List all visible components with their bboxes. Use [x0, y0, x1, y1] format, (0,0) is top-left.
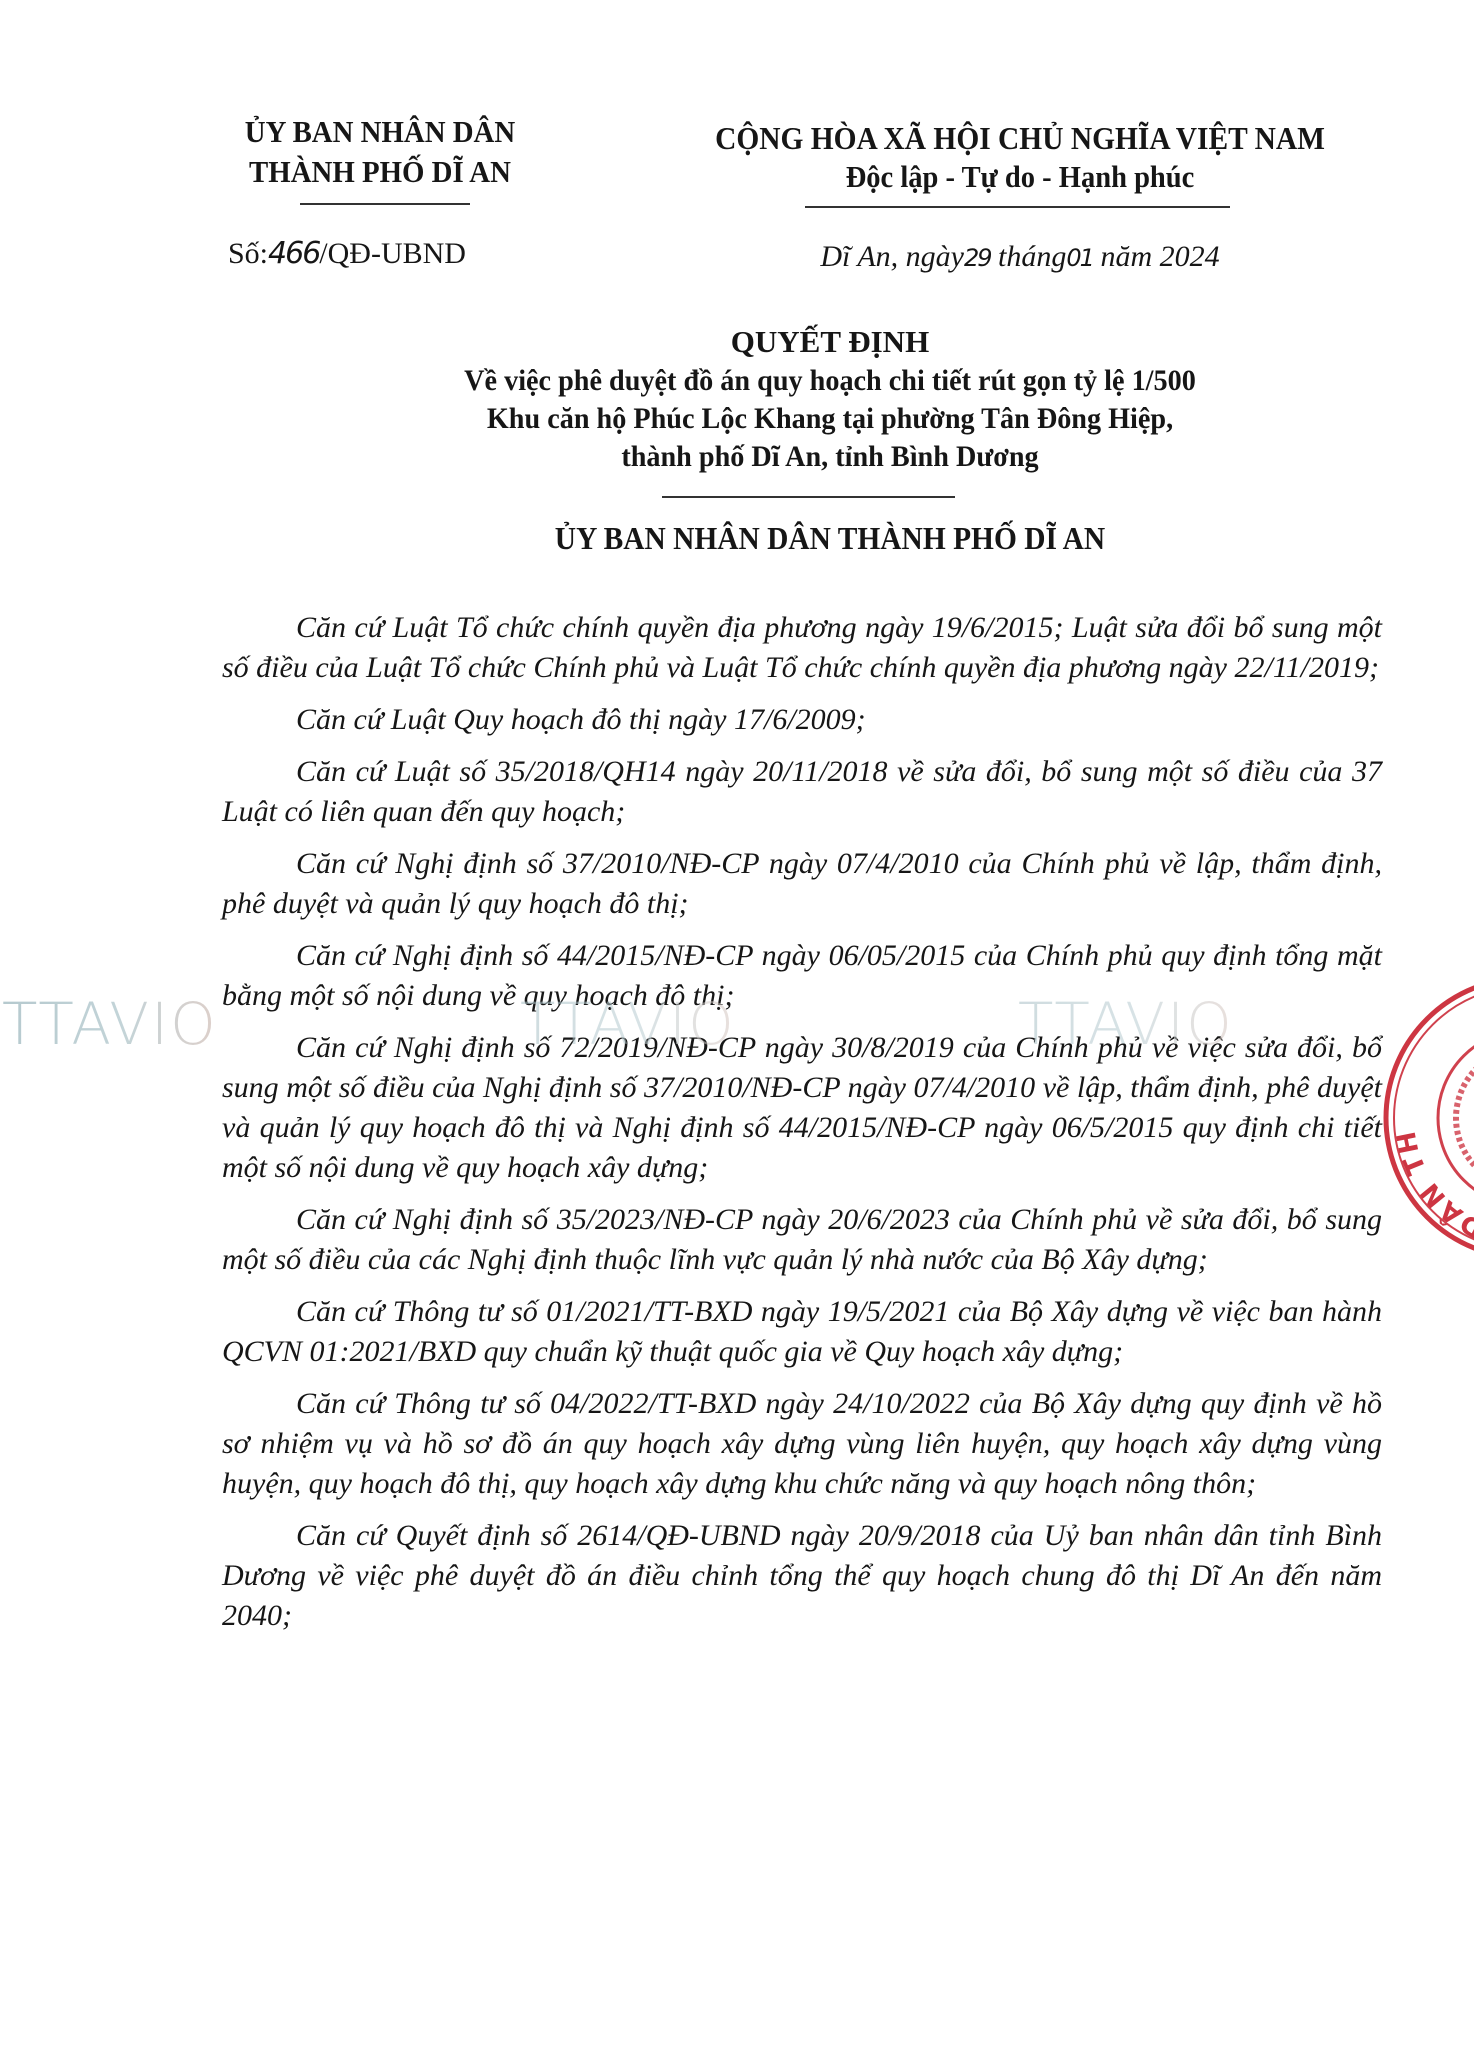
- title-divider: [662, 496, 955, 498]
- issuing-authority: ỦY BAN NHÂN DÂN THÀNH PHỐ DĨ AN: [398, 520, 1263, 557]
- date-month: 01: [1066, 244, 1093, 272]
- watermark-logo: TTAVIO: [1018, 990, 1234, 1058]
- legal-basis-paragraph: Căn cứ Quyết định số 2614/QĐ-UBND ngày 2…: [222, 1516, 1382, 1636]
- date-prefix: Dĩ An, ngày: [820, 240, 964, 273]
- motto-divider: [805, 206, 1230, 208]
- nation-title: CỘNG HÒA XÃ HỘI CHỦ NGHĨA VIỆT NAM: [670, 118, 1369, 158]
- number-suffix: /QĐ-UBND: [319, 237, 466, 270]
- official-seal-icon: ỦY BAN NHÂN DÂN THÀNH PHỐ: [1376, 968, 1474, 1268]
- agency-divider: [300, 203, 470, 205]
- decision-subject-line-1: Về việc phê duyệt đồ án quy hoạch chi ti…: [388, 362, 1272, 400]
- legal-basis-paragraph: Căn cứ Nghị định số 37/2010/NĐ-CP ngày 0…: [222, 844, 1382, 924]
- date-year: năm 2024: [1100, 240, 1219, 273]
- legal-basis-paragraph: Căn cứ Thông tư số 01/2021/TT-BXD ngày 1…: [222, 1292, 1382, 1372]
- legal-basis-paragraph: Căn cứ Luật Tổ chức chính quyền địa phươ…: [222, 608, 1382, 688]
- national-motto: Độc lập - Tự do - Hạnh phúc: [670, 158, 1369, 196]
- agency-header: ỦY BAN NHÂN DÂN THÀNH PHỐ DĨ AN: [213, 112, 548, 192]
- document-number: Số:466/QĐ-UBND: [228, 236, 466, 271]
- number-prefix: Số:: [228, 237, 268, 270]
- watermark-logo: TTAVIO: [2, 990, 218, 1058]
- legal-basis-paragraph: Căn cứ Thông tư số 04/2022/TT-BXD ngày 2…: [222, 1384, 1382, 1504]
- decision-subject-line-3: thành phố Dĩ An, tỉnh Bình Dương: [388, 438, 1272, 476]
- issue-date: Dĩ An, ngày29 tháng01 năm 2024: [640, 240, 1400, 274]
- date-day: 29: [964, 244, 991, 272]
- agency-line-2: THÀNH PHỐ DĨ AN: [213, 152, 548, 192]
- legal-basis-paragraph: Căn cứ Luật Quy hoạch đô thị ngày 17/6/2…: [222, 700, 1382, 740]
- number-handwritten: 466: [268, 236, 319, 271]
- watermark-logo: TTAVIO: [520, 990, 736, 1058]
- legal-basis-section: Căn cứ Luật Tổ chức chính quyền địa phươ…: [222, 608, 1382, 1648]
- legal-basis-paragraph: Căn cứ Luật số 35/2018/QH14 ngày 20/11/2…: [222, 752, 1382, 832]
- decision-title-block: QUYẾT ĐỊNH Về việc phê duyệt đồ án quy h…: [360, 322, 1300, 476]
- agency-line-1: ỦY BAN NHÂN DÂN: [213, 112, 548, 152]
- national-header: CỘNG HÒA XÃ HỘI CHỦ NGHĨA VIỆT NAM Độc l…: [640, 118, 1400, 196]
- date-month-label: tháng: [998, 240, 1066, 273]
- decision-title: QUYẾT ĐỊNH: [360, 322, 1300, 362]
- decision-subject-line-2: Khu căn hộ Phúc Lộc Khang tại phường Tân…: [388, 400, 1272, 438]
- legal-basis-paragraph: Căn cứ Nghị định số 35/2023/NĐ-CP ngày 2…: [222, 1200, 1382, 1280]
